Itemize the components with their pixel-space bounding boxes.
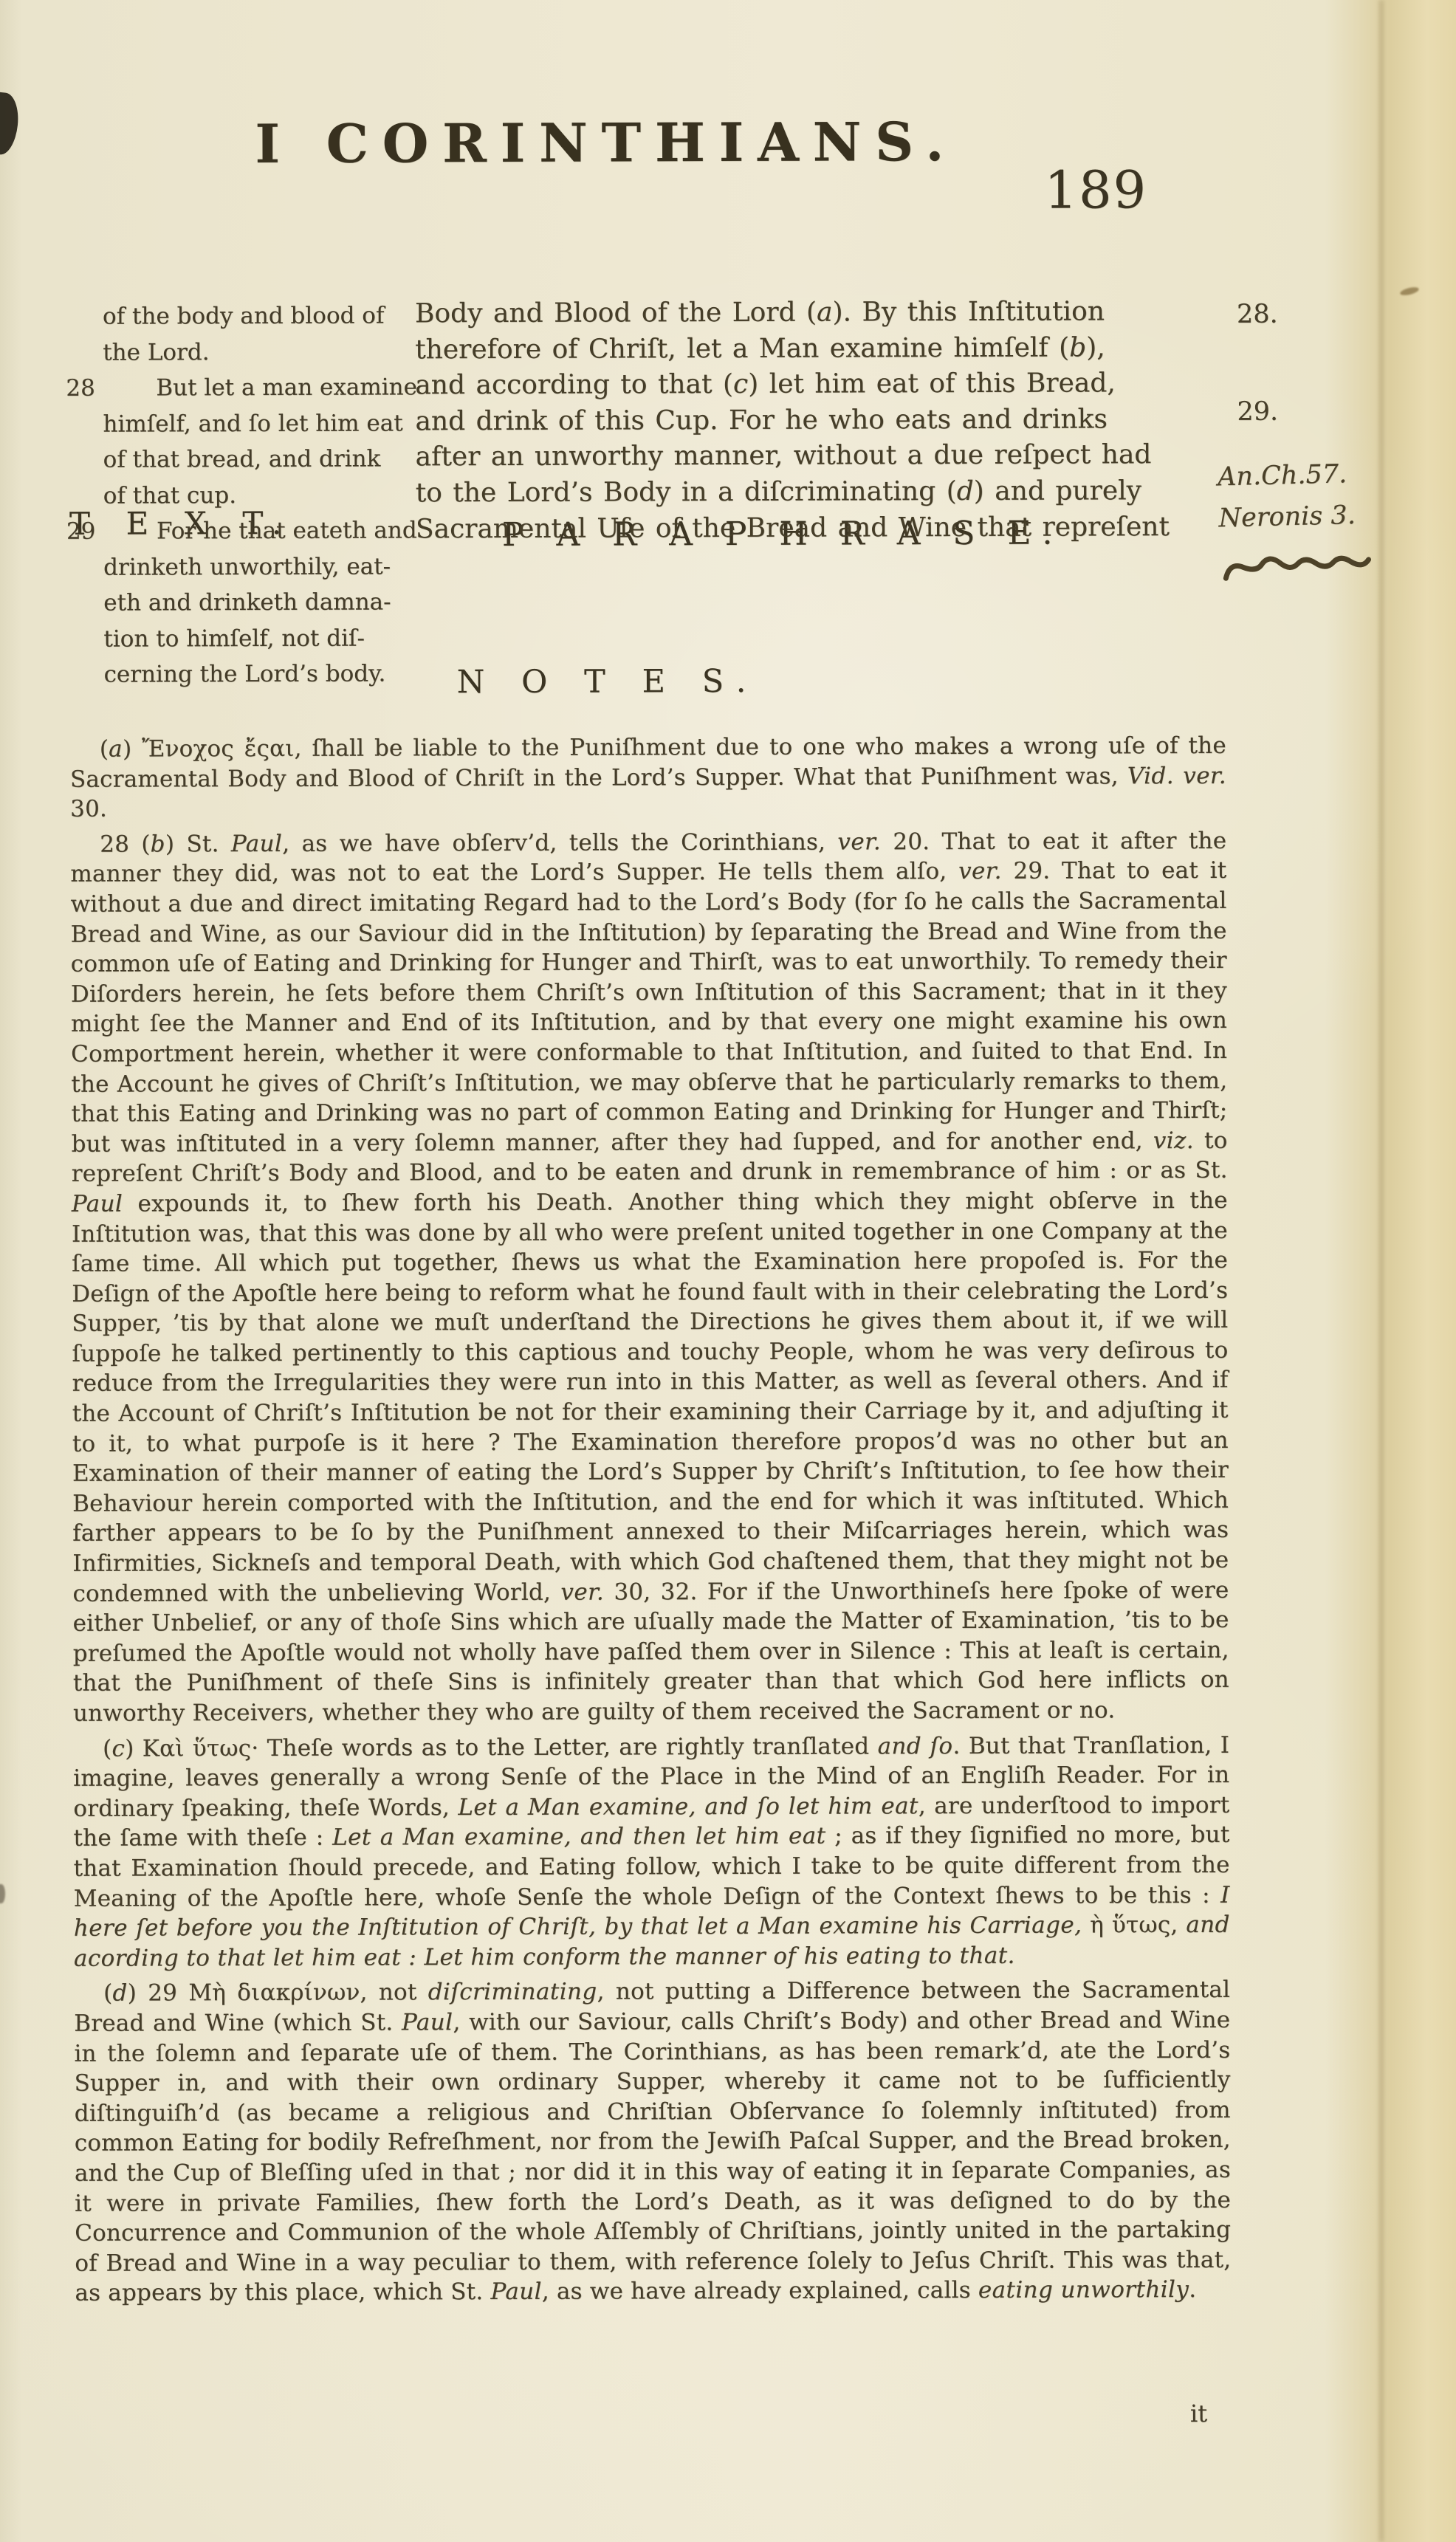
note-paragraph-a: (a) Ἔνοχος ἔςαι, ſhall be liable to the … bbox=[70, 731, 1226, 825]
text-column: of the body and blood of the Lord. 28But… bbox=[103, 298, 429, 693]
text-line: of the body and blood of bbox=[103, 298, 427, 334]
verse-number: 28 bbox=[66, 371, 95, 407]
paraphrase-line: and according to that (c) let him eat of… bbox=[415, 365, 1227, 404]
note-paragraph-d: (d) 29 Μὴ διακρίνων, not diſcriminating,… bbox=[74, 1975, 1231, 2308]
text-line: of that bread, and drink bbox=[103, 441, 428, 478]
paraphrase-line: therefore of Chriſt, let a Man examine h… bbox=[415, 329, 1227, 368]
text-line: of that cup. bbox=[103, 477, 428, 514]
paraphrase-line: after an unworthy manner, without a due … bbox=[416, 437, 1228, 475]
margin-anno-christi: An.Ch.57. bbox=[1217, 453, 1395, 498]
page-content: I CORINTHIANS. 189 An.Ch.57. Neronis 3. … bbox=[0, 0, 1456, 2542]
paraphrase-line: Body and Blood of the Lord (a). By this … bbox=[415, 294, 1227, 332]
paraphrase-line: to the Lord’s Body in a diſcriminating (… bbox=[416, 473, 1228, 512]
margin-verse-mark-28: 28. bbox=[1237, 300, 1278, 329]
margin-squiggle-ornament bbox=[1220, 551, 1374, 594]
page-number: 189 bbox=[1044, 159, 1192, 221]
catchword: it bbox=[1190, 2400, 1207, 2428]
book-page-scan: I CORINTHIANS. 189 An.Ch.57. Neronis 3. … bbox=[0, 0, 1456, 2542]
margin-chronology-note: An.Ch.57. Neronis 3. bbox=[1217, 453, 1396, 540]
text-line: drinketh unworthily, eat- bbox=[103, 549, 428, 585]
paraphrase-column: Body and Blood of the Lord (a). By this … bbox=[415, 294, 1228, 548]
margin-verse-mark-29: 29. bbox=[1237, 397, 1278, 427]
notes-heading: N O T E S. bbox=[154, 662, 1062, 702]
paraphrase-line: Sacramental Uſe of the Bread and Wine th… bbox=[416, 509, 1228, 547]
paraphrase-line: and drink of this Cup. For he who eats a… bbox=[415, 402, 1227, 440]
margin-neronis: Neronis 3. bbox=[1218, 494, 1396, 540]
text-line: himſelf, and ſo let him eat bbox=[103, 405, 427, 442]
note-paragraph-c: (c) Καὶ ὕτως· Theſe words as to the Lett… bbox=[73, 1730, 1230, 1974]
note-paragraph-b: 28 (b) St. Paul, as we have obſerv’d, te… bbox=[70, 826, 1229, 1729]
text-line: eth and drinketh damna- bbox=[103, 584, 428, 621]
page-title: I CORINTHIANS. bbox=[152, 110, 1060, 176]
text-line: 28But let a man examine bbox=[103, 369, 427, 406]
text-line: tion to himſelf, not diſ- bbox=[103, 620, 428, 657]
verse-number: 29 bbox=[66, 514, 96, 550]
notes-section: (a) Ἔνοχος ἔςαι, ſhall be liable to the … bbox=[70, 731, 1232, 2314]
text-line: the Lord. bbox=[103, 334, 427, 371]
text-line: 29For he that eateth and bbox=[103, 512, 428, 549]
